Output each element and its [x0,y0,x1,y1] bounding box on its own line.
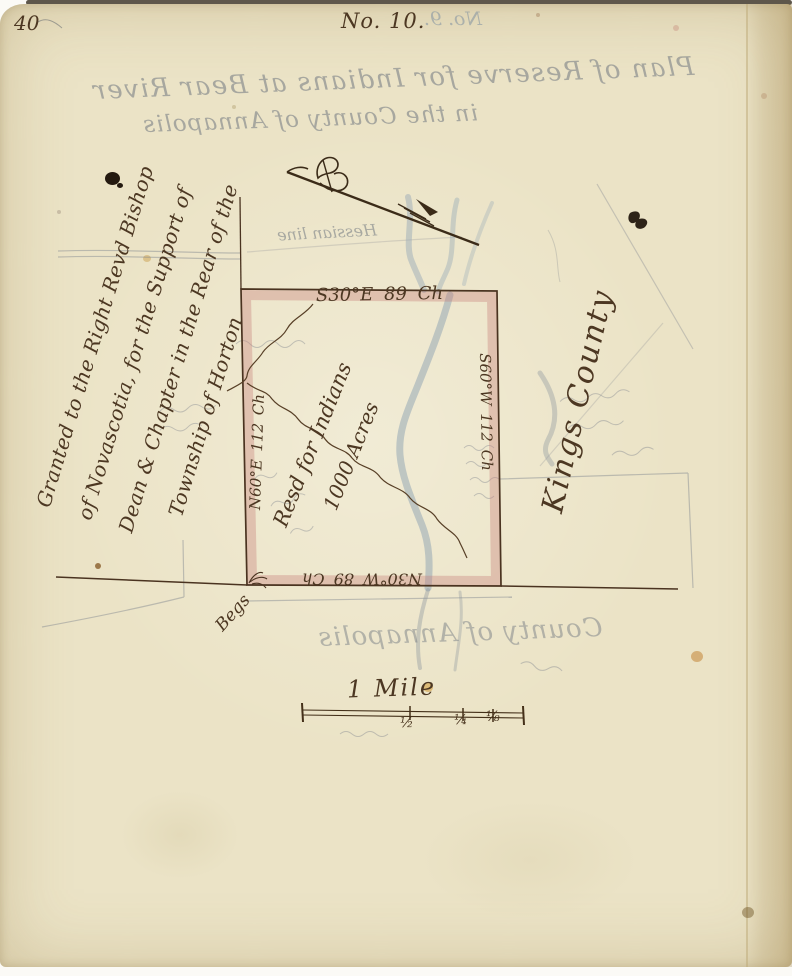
bearing-bottom: N30°W 89 Ch [302,570,422,589]
foxing-spot [691,651,703,662]
foxing-spot [95,563,101,569]
water-stain [120,790,240,880]
bearing-top: S30°E 89 Ch [287,282,472,306]
plan-number: No. 10. [341,9,425,33]
paper-deckle-edge [745,4,792,967]
foxing-spot [742,907,754,918]
foxing-spot [673,25,679,31]
water-stain [420,800,640,920]
paper-deckle-line [746,4,748,967]
scale-tick-label-eighth: ⅛ [486,709,500,725]
scale-tick-label-quarter: ¼ [454,712,468,728]
foxing-spot [536,13,540,17]
scanned-survey-map-page: 40 No. 10. No. 9. Plan of Reserve for In… [0,0,792,976]
bearing-right: S60°W 112 Ch [476,353,496,471]
scale-bar-title: 1 Mile [347,672,437,703]
foxing-spot [57,210,61,214]
scale-tick-label-half: ½ [400,715,414,731]
page-number: 40 [14,11,39,35]
bleed-plan-number-reverse: No. 9. [424,8,482,30]
foxing-spot [761,93,767,99]
